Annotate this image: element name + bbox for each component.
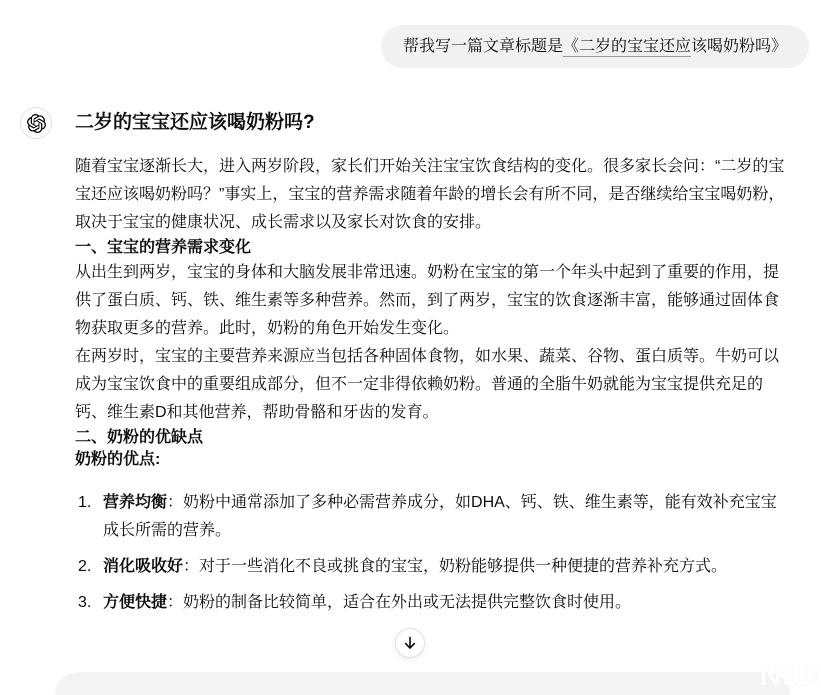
openai-logo-icon <box>27 114 46 133</box>
scroll-to-bottom-button[interactable] <box>395 628 425 658</box>
list-item-body: 营养均衡：奶粉中通常添加了多种必需营养成分，如DHA、钙、铁、维生素等，能有效补… <box>103 489 791 545</box>
advantages-list: 1. 营养均衡：奶粉中通常添加了多种必需营养成分，如DHA、钙、铁、维生素等，能… <box>75 489 791 617</box>
section2-heading: 二、奶粉的优缺点 <box>75 427 791 449</box>
list-item: 3. 方便快捷：奶粉的制备比较简单，适合在外出或无法提供完整饮食时使用。 <box>75 589 791 617</box>
section1-paragraph-1: 从出生到两岁，宝宝的身体和大脑发展非常迅速。奶粉在宝宝的第一个年头中起到了重要的… <box>75 259 791 343</box>
assistant-message-row: 二岁的宝宝还应该喝奶粉吗? 随着宝宝逐渐长大，进入两岁阶段，家长们开始关注宝宝饮… <box>20 107 821 617</box>
user-message-underlined-text: 《二岁的宝宝还应 <box>563 38 691 57</box>
user-message-text-end: 该喝奶粉吗》 <box>691 38 787 55</box>
advantages-subheading: 奶粉的优点: <box>75 449 791 471</box>
list-item-text: ：奶粉的制备比较简单，适合在外出或无法提供完整饮食时使用。 <box>167 594 631 611</box>
watermark: NIUB <box>760 659 821 693</box>
list-item-number: 3. <box>75 589 103 617</box>
list-item: 2. 消化吸收好：对于一些消化不良或挑食的宝宝，奶粉能够提供一种便捷的营养补充方… <box>75 553 791 581</box>
arrow-down-icon <box>402 635 418 651</box>
user-message-bubble: 帮我写一篇文章标题是《二岁的宝宝还应该喝奶粉吗》 <box>381 25 809 68</box>
list-item-number: 1. <box>75 489 103 545</box>
list-item-body: 消化吸收好：对于一些消化不良或挑食的宝宝，奶粉能够提供一种便捷的营养补充方式。 <box>103 553 791 581</box>
message-input-bar[interactable] <box>55 672 790 695</box>
intro-paragraph: 随着宝宝逐渐长大，进入两岁阶段，家长们开始关注宝宝饮食结构的变化。很多家长会问：… <box>75 153 791 237</box>
list-item-body: 方便快捷：奶粉的制备比较简单，适合在外出或无法提供完整饮食时使用。 <box>103 589 791 617</box>
user-message-row: 帮我写一篇文章标题是《二岁的宝宝还应该喝奶粉吗》 <box>0 0 821 68</box>
list-item-text: ：奶粉中通常添加了多种必需营养成分，如DHA、钙、铁、维生素等，能有效补充宝宝成… <box>103 494 777 539</box>
section1-paragraph-2: 在两岁时，宝宝的主要营养来源应当包括各种固体食物，如水果、蔬菜、谷物、蛋白质等。… <box>75 343 791 427</box>
list-item-term: 消化吸收好 <box>103 558 183 575</box>
section1-heading: 一、宝宝的营养需求变化 <box>75 237 791 259</box>
list-item-term: 方便快捷 <box>103 594 167 611</box>
list-item: 1. 营养均衡：奶粉中通常添加了多种必需营养成分，如DHA、钙、铁、维生素等，能… <box>75 489 791 545</box>
article-title: 二岁的宝宝还应该喝奶粉吗? <box>75 111 791 135</box>
list-item-number: 2. <box>75 553 103 581</box>
user-message-text: 帮我写一篇文章标题是 <box>403 38 563 55</box>
list-item-text: ：对于一些消化不良或挑食的宝宝，奶粉能够提供一种便捷的营养补充方式。 <box>183 558 727 575</box>
assistant-message-content: 二岁的宝宝还应该喝奶粉吗? 随着宝宝逐渐长大，进入两岁阶段，家长们开始关注宝宝饮… <box>75 107 791 617</box>
list-item-term: 营养均衡 <box>103 494 167 511</box>
assistant-avatar <box>20 107 52 139</box>
